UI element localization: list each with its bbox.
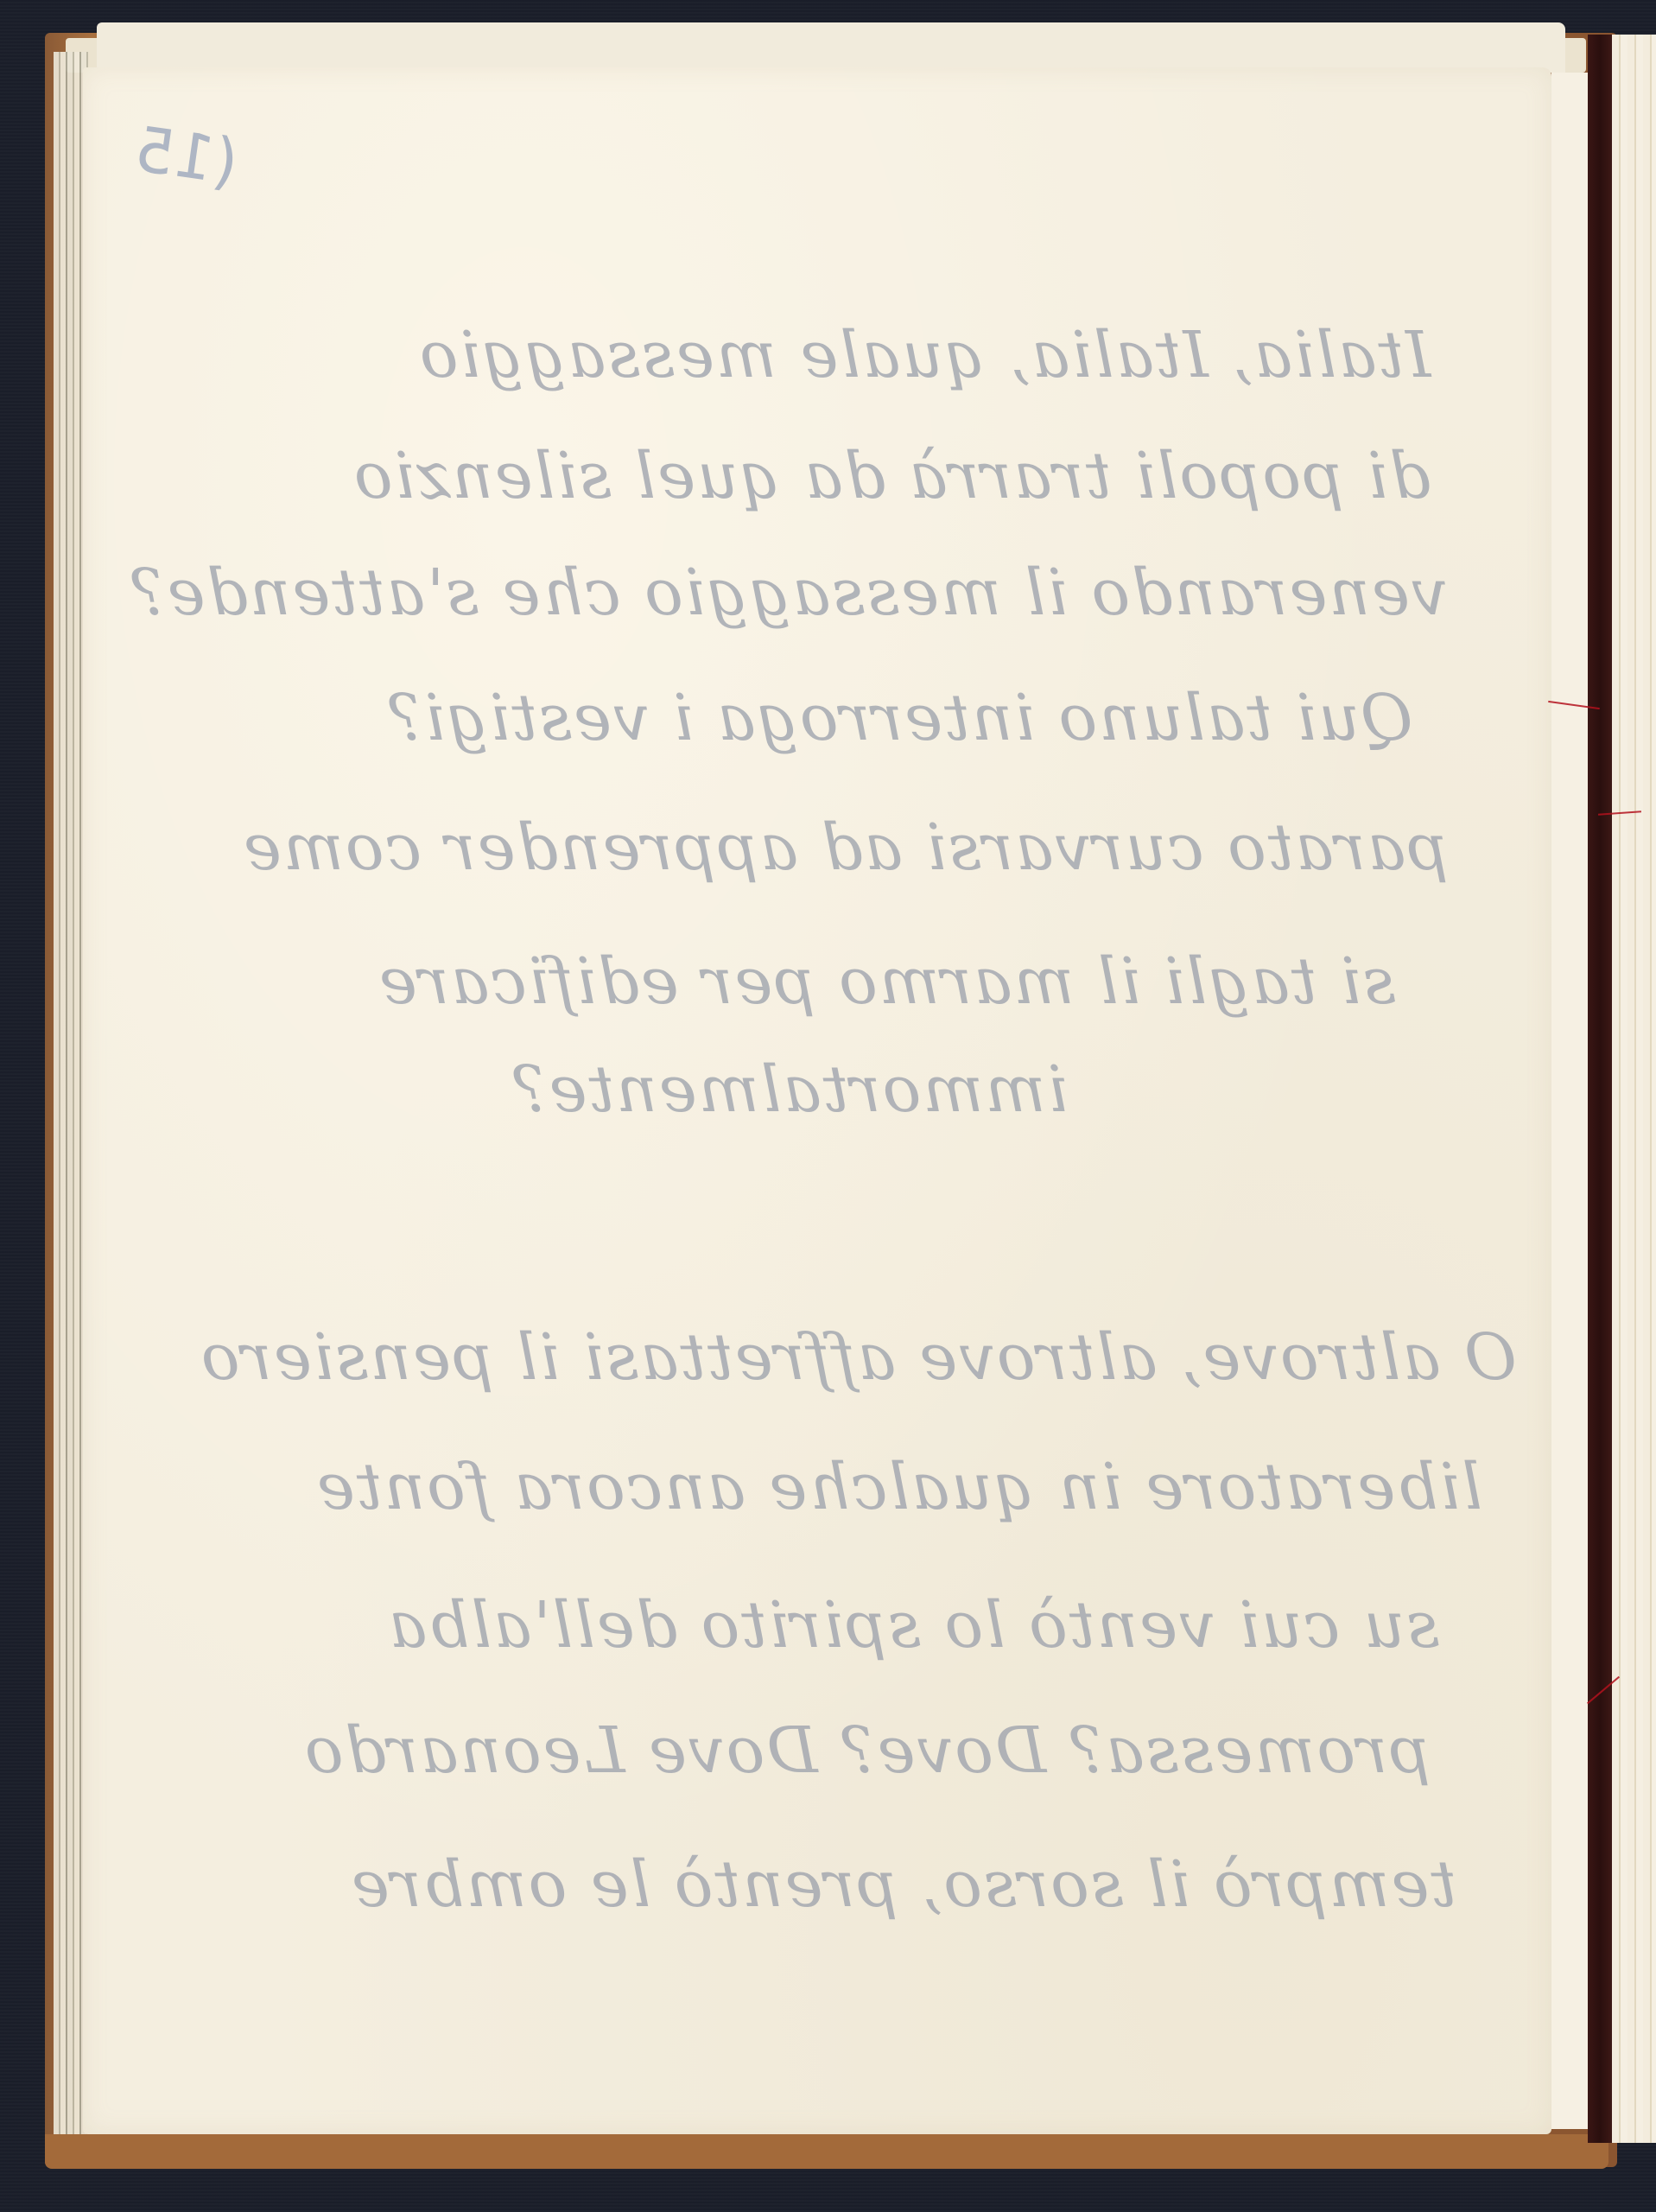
handwriting-area: (15 Italia, Italia, quale messaggio di p… [83, 67, 1551, 2134]
binding-gutter [1588, 35, 1612, 2143]
text-line: O altrove, altrove affrettasi il pensier… [200, 1320, 1517, 1395]
text-line: di popoli trarrà da quel silenzio [352, 439, 1431, 513]
text-line: temprò il sorso, prentò le ombre [350, 1847, 1456, 1922]
text-line: parato curvarsi ad apprender come [242, 810, 1448, 885]
text-line: Qui taluno interroga i vestigi? [387, 681, 1413, 755]
cover-bottom-edge [45, 2134, 1608, 2169]
text-line: Italia, Italia, quale messaggio [418, 318, 1431, 392]
page-right-deckle-edge [1551, 73, 1591, 2129]
text-line: venerando il messaggio che s'attende? [130, 556, 1448, 630]
text-line: si tagli il marmo per edificare [378, 944, 1396, 1019]
text-line: su cui ventò lo spirito dell'alba [387, 1588, 1439, 1662]
facing-page-edges [1612, 35, 1656, 2143]
text-line: liberatore in qualche ancora fonte [315, 1450, 1482, 1524]
text-line: promessa? Dove? Dove Leonardo [303, 1713, 1431, 1788]
text-line: immortalmente? [511, 1052, 1068, 1127]
page-number: (15 [130, 112, 243, 199]
page-top-edge [97, 22, 1565, 73]
